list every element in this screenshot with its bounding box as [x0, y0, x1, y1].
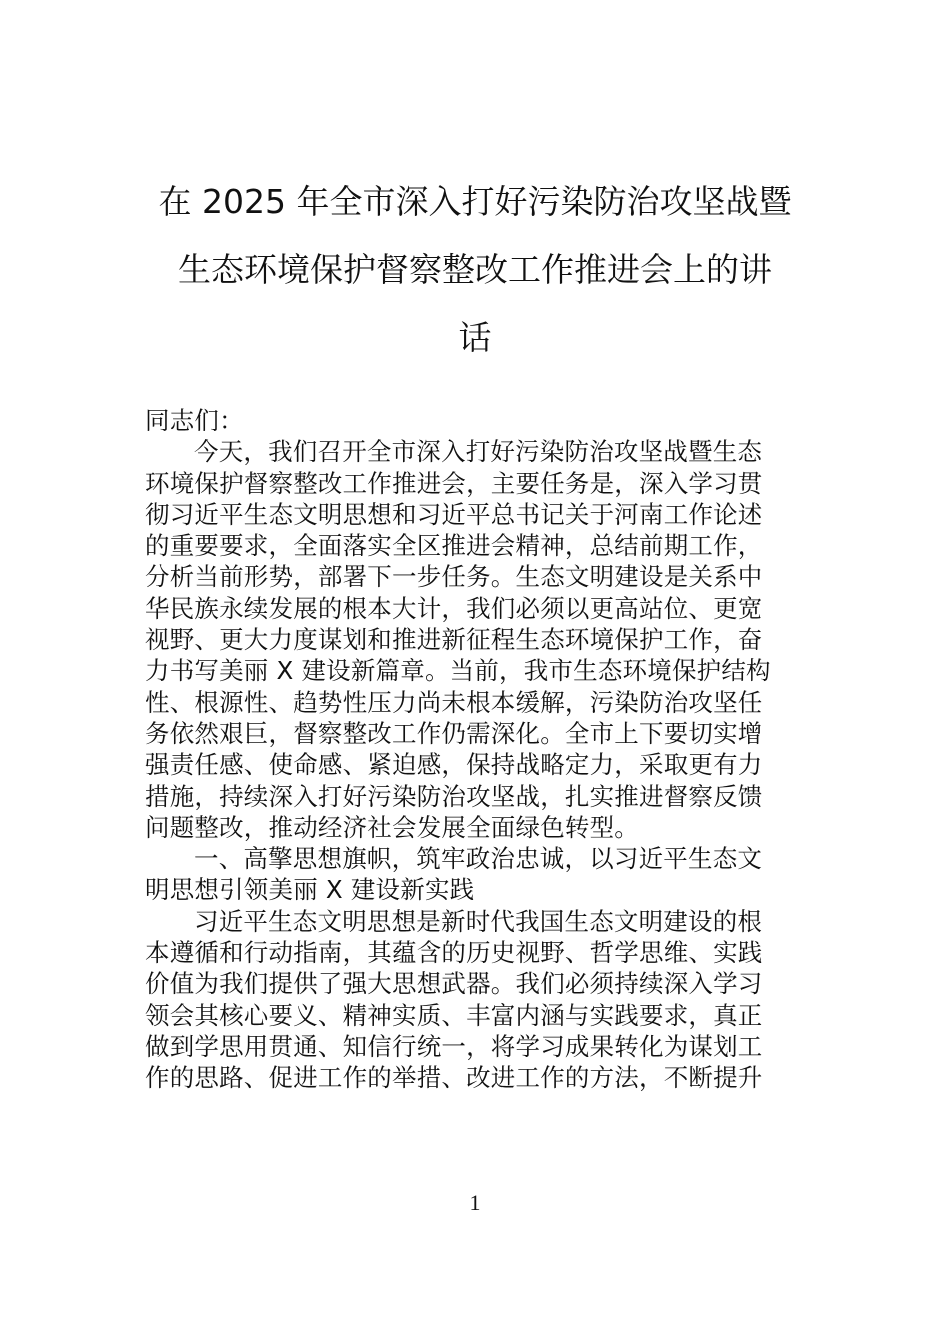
heading-line: 一、高擎思想旗帜，筑牢政治忠诚，以习近平生态文	[145, 843, 810, 874]
paragraph-line: 力书写美丽 X 建设新篇章。当前，我市生态环境保护结构	[145, 655, 810, 686]
paragraph-intro: 今天，我们召开全市深入打好污染防治攻坚战暨生态 环境保护督察整改工作推进会，主要…	[145, 436, 810, 843]
paragraph-line: 环境保护督察整改工作推进会，主要任务是，深入学习贯	[145, 468, 810, 499]
paragraph-section-1: 习近平生态文明思想是新时代我国生态文明建设的根 本遵循和行动指南，其蕴含的历史视…	[145, 906, 810, 1094]
heading-line: 明思想引领美丽 X 建设新实践	[145, 874, 810, 905]
title-line: 话	[140, 304, 810, 372]
page-number: 1	[0, 1188, 950, 1218]
salutation: 同志们：	[145, 405, 810, 436]
paragraph-line: 作的思路、促进工作的举措、改进工作的方法，不断提升	[145, 1062, 810, 1093]
paragraph-line: 视野、更大力度谋划和推进新征程生态环境保护工作，奋	[145, 624, 810, 655]
section-heading-1: 一、高擎思想旗帜，筑牢政治忠诚，以习近平生态文 明思想引领美丽 X 建设新实践	[145, 843, 810, 906]
title-line: 在 2025 年全市深入打好污染防治攻坚战暨	[140, 168, 810, 236]
paragraph-line: 强责任感、使命感、紧迫感，保持战略定力，采取更有力	[145, 749, 810, 780]
document-page: 在 2025 年全市深入打好污染防治攻坚战暨 生态环境保护督察整改工作推进会上的…	[0, 0, 950, 1344]
paragraph-line: 彻习近平生态文明思想和习近平总书记关于河南工作论述	[145, 499, 810, 530]
paragraph-line: 价值为我们提供了强大思想武器。我们必须持续深入学习	[145, 968, 810, 999]
paragraph-line: 今天，我们召开全市深入打好污染防治攻坚战暨生态	[145, 436, 810, 467]
paragraph-line: 习近平生态文明思想是新时代我国生态文明建设的根	[145, 906, 810, 937]
paragraph-line: 问题整改，推动经济社会发展全面绿色转型。	[145, 812, 810, 843]
paragraph-line: 分析当前形势，部署下一步任务。生态文明建设是关系中	[145, 561, 810, 592]
paragraph-line: 华民族永续发展的根本大计，我们必须以更高站位、更宽	[145, 593, 810, 624]
paragraph-line: 本遵循和行动指南，其蕴含的历史视野、哲学思维、实践	[145, 937, 810, 968]
paragraph-line: 务依然艰巨，督察整改工作仍需深化。全市上下要切实增	[145, 718, 810, 749]
paragraph-line: 做到学思用贯通、知信行统一，将学习成果转化为谋划工	[145, 1031, 810, 1062]
paragraph-line: 的重要要求，全面落实全区推进会精神，总结前期工作，	[145, 530, 810, 561]
paragraph-line: 措施，持续深入打好污染防治攻坚战，扎实推进督察反馈	[145, 781, 810, 812]
paragraph-line: 性、根源性、趋势性压力尚未根本缓解，污染防治攻坚任	[145, 687, 810, 718]
title-line: 生态环境保护督察整改工作推进会上的讲	[140, 236, 810, 304]
document-title: 在 2025 年全市深入打好污染防治攻坚战暨 生态环境保护督察整改工作推进会上的…	[140, 168, 810, 372]
paragraph-line: 领会其核心要义、精神实质、丰富内涵与实践要求，真正	[145, 1000, 810, 1031]
document-body: 同志们： 今天，我们召开全市深入打好污染防治攻坚战暨生态 环境保护督察整改工作推…	[145, 405, 810, 1094]
